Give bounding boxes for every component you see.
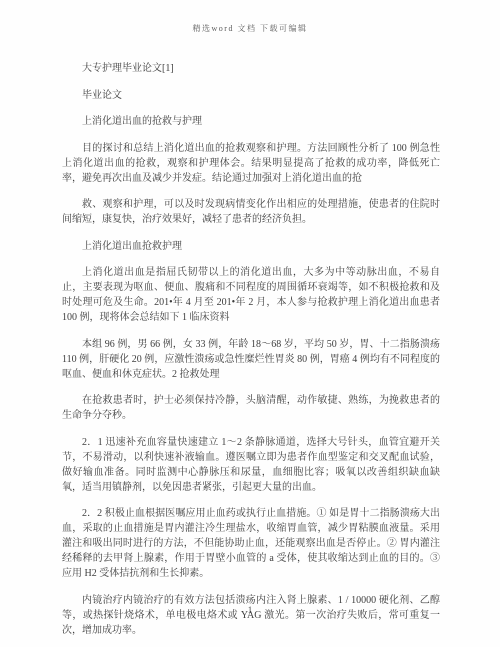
- watermark-header: 精选word 文档 下载可编辑: [0, 23, 500, 34]
- section-title: 上消化道出血的抢救与护理: [62, 114, 440, 129]
- document-body: 大专护理毕业论文[1] 毕业论文 上消化道出血的抢救与护理 目的探讨和总结上消化…: [62, 61, 440, 647]
- paragraph: 上消化道出血是指屈氏韧带以上的消化道出血，大多为中等动脉出血，不易自止，主要表现…: [62, 265, 440, 325]
- paragraph: 2．2 积极止血根据医嘱应用止血药或执行止血措施。① 如是胃十二指肠溃疡大出血，…: [62, 506, 440, 581]
- doc-subtitle: 毕业论文: [62, 88, 440, 103]
- paragraph: 救、观察和护理，可以及时发现病情变化作出相应的处理措施，使患者的住院时间缩短，康…: [62, 197, 440, 227]
- page-number: 1: [0, 605, 500, 615]
- paragraph: 2．1 迅速补充血容量快速建立 1～2 条静脉通道，选择大号针头，血管宜避开关节…: [62, 435, 440, 495]
- paragraph: 在抢救患者时，护士必须保持冷静，头脑清醒，动作敏捷、熟练，为挽救患者的生命争分夺…: [62, 393, 440, 423]
- doc-title: 大专护理毕业论文[1]: [62, 61, 440, 76]
- paragraph: 本组 96 例，男 66 例，女 33 例，年龄 18～68 岁，平均 50 岁…: [62, 337, 440, 382]
- paragraph: 内镜治疗内镜治疗的有效方法包括溃疡内注入肾上腺素、1 / 10000 硬化剂、乙…: [62, 593, 440, 638]
- document-page: 精选word 文档 下载可编辑 大专护理毕业论文[1] 毕业论文 上消化道出血的…: [0, 0, 500, 647]
- paragraph: 目的探讨和总结上消化道出血的抢救观察和护理。方法回顾性分析了 100 例急性上消…: [62, 141, 440, 186]
- section-heading: 上消化道出血抢救护理: [62, 239, 440, 254]
